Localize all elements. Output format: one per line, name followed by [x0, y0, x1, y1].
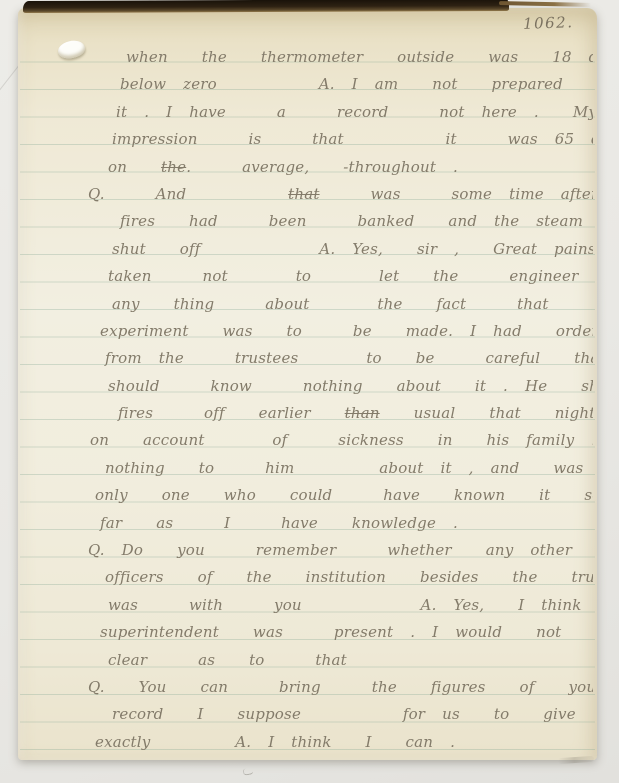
handwritten-line: on the. average, -throughout .: [108, 154, 593, 181]
struck-through-word: than: [345, 404, 380, 422]
handwritten-text: was with you A. Yes, I think the: [108, 596, 593, 614]
handwritten-text: record I suppose for us to give it: [112, 705, 593, 723]
handwritten-line: was with you A. Yes, I think the: [108, 592, 593, 619]
handwritten-text: far as I have knowledge .: [100, 514, 458, 532]
handwritten-text: fires off earlier: [118, 404, 345, 422]
handwritten-text: . average, -throughout .: [186, 158, 458, 176]
manuscript-page: 1062. when the thermometer outside was 1…: [18, 8, 597, 760]
handwritten-line: clear as to that: [108, 647, 593, 674]
handwritten-line: fires had been banked and the steam: [120, 208, 593, 235]
handwritten-line: should know nothing about it . He shut t…: [108, 373, 593, 400]
handwritten-text: any thing about the fact that the: [112, 295, 593, 313]
handwritten-line: nothing to him about it , and was the: [105, 455, 593, 482]
handwritten-line: any thing about the fact that the: [112, 291, 593, 318]
page-top-dark-edge: [23, 0, 509, 13]
page-number: 1062.: [522, 13, 573, 33]
handwritten-line: Q. Do you remember whether any other: [88, 537, 593, 564]
handwritten-text: taken not to let the engineer know: [108, 267, 593, 285]
handwritten-text: it . I have a record not here . My: [116, 103, 593, 121]
handwritten-text-block: when the thermometer outside was 18 degr…: [88, 44, 593, 756]
handwritten-line: below zero A. I am not prepared to state: [120, 71, 593, 98]
handwritten-text: Q. Do you remember whether any other: [88, 541, 572, 559]
struck-through-word: the: [161, 158, 186, 176]
handwritten-line: superintendent was present . I would not…: [100, 619, 593, 646]
handwritten-text: shut off A. Yes, sir , Great pains were: [112, 240, 593, 258]
pencil-mark-bottom-center: [242, 767, 253, 776]
handwritten-line: exactly A. I think I can .: [95, 729, 593, 756]
handwritten-text: clear as to that: [108, 651, 347, 669]
handwritten-line: impression is that it was 65 degrees: [112, 126, 593, 153]
handwritten-text: should know nothing about it . He shut t…: [108, 377, 593, 395]
handwritten-line: experiment was to be made. I had orders: [100, 318, 593, 345]
handwritten-line: taken not to let the engineer know: [108, 263, 593, 290]
handwritten-text: exactly A. I think I can .: [95, 733, 455, 751]
scanner-background: 1062. when the thermometer outside was 1…: [0, 0, 619, 783]
handwritten-text: Q. You can bring the figures of your: [88, 678, 593, 696]
handwritten-text: only one who could have known it so: [95, 486, 593, 504]
handwritten-text: on account of sickness in his family . I…: [90, 431, 593, 449]
struck-through-word: that: [288, 185, 319, 203]
handwritten-line: Q. And that was some time after the: [88, 181, 593, 208]
pencil-mark-bottom-right: [558, 756, 594, 764]
handwritten-line: only one who could have known it so: [95, 482, 593, 509]
handwritten-text: Q. And: [88, 185, 288, 203]
page-top-edge-line: [499, 1, 591, 7]
handwritten-line: when the thermometer outside was 18 degr…: [126, 44, 593, 71]
handwritten-line: it . I have a record not here . My: [116, 99, 593, 126]
handwritten-line: from the trustees to be careful that he: [105, 345, 593, 372]
handwritten-line: shut off A. Yes, sir , Great pains were: [112, 236, 593, 263]
handwritten-text: superintendent was present . I would not…: [100, 623, 593, 641]
handwritten-text: fires had been banked and the steam: [120, 212, 583, 230]
handwritten-line: record I suppose for us to give it: [112, 701, 593, 728]
handwritten-line: far as I have knowledge .: [100, 510, 593, 537]
handwritten-line: on account of sickness in his family . I…: [90, 427, 593, 454]
handwritten-line: officers of the institution besides the …: [105, 564, 593, 591]
handwritten-text: impression is that it was 65 degrees: [112, 130, 593, 148]
handwritten-text: nothing to him about it , and was the: [105, 459, 593, 477]
handwritten-text: on: [108, 158, 161, 176]
handwritten-text: below zero A. I am not prepared to state: [120, 75, 593, 93]
handwritten-line: fires off earlier than usual that night: [118, 400, 593, 427]
handwritten-text: officers of the institution besides the …: [105, 568, 593, 586]
handwritten-text: was some time after the: [320, 185, 593, 203]
handwritten-text: usual that night: [380, 404, 593, 422]
background-scratch-mark: [0, 66, 19, 95]
handwritten-text: from the trustees to be careful that he: [105, 349, 593, 367]
handwritten-text: experiment was to be made. I had orders: [100, 322, 593, 340]
handwritten-text: when the thermometer outside was 18 degr…: [126, 48, 593, 66]
handwritten-line: Q. You can bring the figures of your: [88, 674, 593, 701]
